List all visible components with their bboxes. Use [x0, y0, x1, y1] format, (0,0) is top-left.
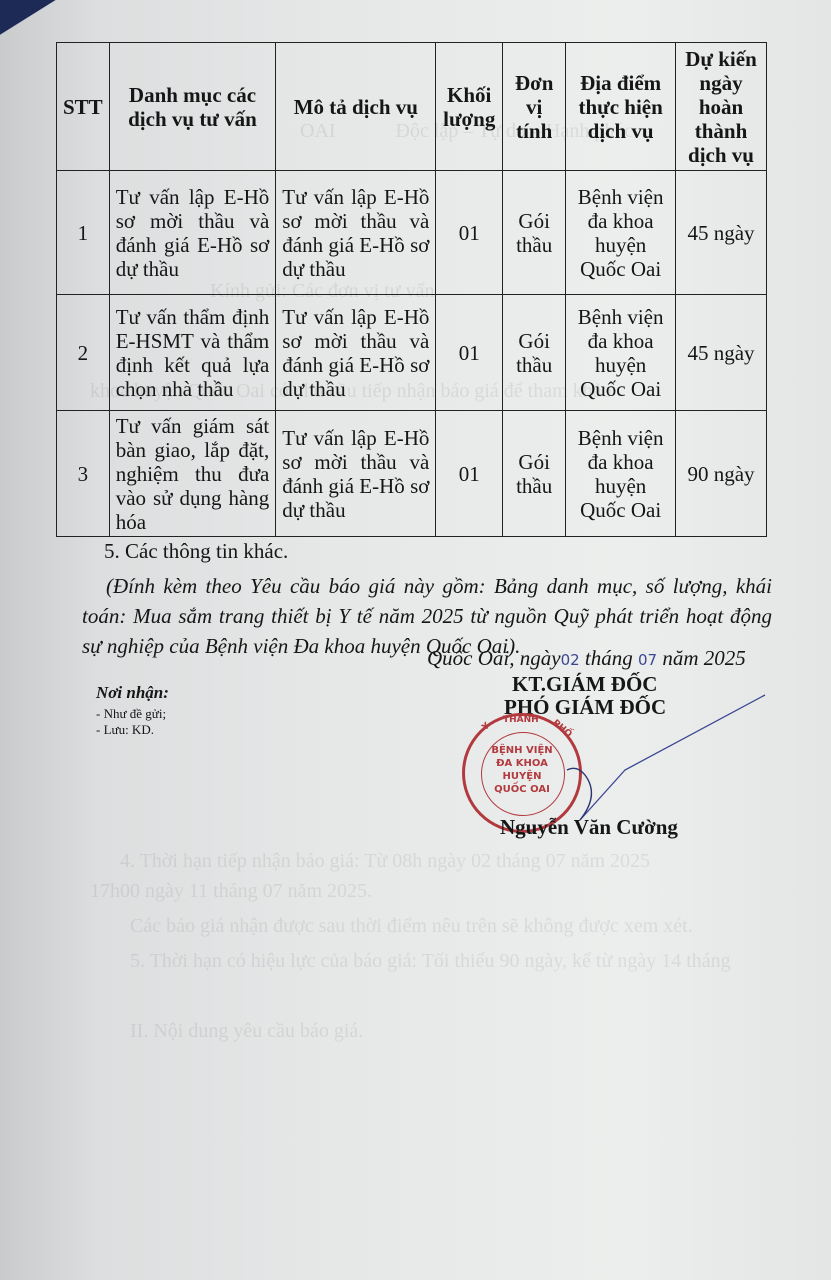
cell-quantity: 01: [436, 295, 503, 411]
cell-description: Tư vấn lập E-Hồ sơ mời thầu và đánh giá …: [276, 411, 436, 537]
table-row: 2 Tư vấn thẩm định E-HSMT và thẩm định k…: [57, 295, 767, 411]
handwritten-day: 02: [561, 651, 580, 669]
header-unit: Đơn vị tính: [503, 43, 566, 171]
cell-unit: Gói thầu: [503, 411, 566, 537]
header-completion-days: Dự kiến ngày hoàn thành dịch vụ: [676, 43, 767, 171]
service-table: STT Danh mục các dịch vụ tư vấn Mô tả dị…: [56, 42, 767, 537]
cell-completion-days: 45 ngày: [676, 171, 767, 295]
cell-quantity: 01: [436, 411, 503, 537]
recipient-item: - Lưu: KD.: [96, 722, 154, 738]
stamp-ring-text: THÀNH: [503, 715, 539, 725]
cell-description: Tư vấn lập E-Hồ sơ mời thầu và đánh giá …: [276, 171, 436, 295]
signer-name: Nguyễn Văn Cường: [500, 815, 678, 840]
date-year: năm 2025: [657, 646, 746, 670]
header-quantity: Khối lượng: [436, 43, 503, 171]
cell-service-name: Tư vấn thẩm định E-HSMT và thẩm định kết…: [109, 295, 276, 411]
handwritten-month: 07: [638, 651, 657, 669]
date-place: Quốc Oai, ngày: [427, 646, 561, 670]
cell-location: Bệnh viện đa khoa huyện Quốc Oai: [566, 411, 676, 537]
header-location: Địa điểm thực hiện dịch vụ: [566, 43, 676, 171]
stamp-ring-text: Y: [481, 721, 492, 733]
bleed-through-text: II. Nội dung yêu cầu báo giá.: [130, 1020, 363, 1043]
section-other-info: 5. Các thông tin khác.: [104, 539, 288, 564]
cell-service-name: Tư vấn giám sát bàn giao, lắp đặt, nghiệ…: [109, 411, 276, 537]
cell-stt: 1: [57, 171, 110, 295]
cell-unit: Gói thầu: [503, 171, 566, 295]
date-month-label: tháng: [580, 646, 638, 670]
table-row: 3 Tư vấn giám sát bàn giao, lắp đặt, ngh…: [57, 411, 767, 537]
cell-location: Bệnh viện đa khoa huyện Quốc Oai: [566, 295, 676, 411]
header-description: Mô tả dịch vụ: [276, 43, 436, 171]
cell-completion-days: 45 ngày: [676, 295, 767, 411]
cell-location: Bệnh viện đa khoa huyện Quốc Oai: [566, 171, 676, 295]
bleed-through-text: 4. Thời hạn tiếp nhận báo giá: Từ 08h ng…: [120, 850, 650, 873]
date-line: Quốc Oai, ngày02 tháng 07 năm 2025: [427, 646, 746, 671]
cell-stt: 2: [57, 295, 110, 411]
bleed-through-text: 5. Thời hạn có hiệu lực của báo giá: Tối…: [130, 950, 731, 973]
background-object: [0, 0, 78, 45]
bleed-through-text: 17h00 ngày 11 tháng 07 năm 2025.: [90, 880, 372, 903]
recipients-title: Nơi nhận:: [96, 683, 169, 703]
header-service-name: Danh mục các dịch vụ tư vấn: [109, 43, 276, 171]
table-header-row: STT Danh mục các dịch vụ tư vấn Mô tả dị…: [57, 43, 767, 171]
cell-description: Tư vấn lập E-Hồ sơ mời thầu và đánh giá …: [276, 295, 436, 411]
table-row: 1 Tư vấn lập E-Hồ sơ mời thầu và đánh gi…: [57, 171, 767, 295]
recipient-item: - Như đề gửi;: [96, 706, 166, 722]
cell-unit: Gói thầu: [503, 295, 566, 411]
cell-service-name: Tư vấn lập E-Hồ sơ mời thầu và đánh giá …: [109, 171, 276, 295]
cell-stt: 3: [57, 411, 110, 537]
bleed-through-text: Các báo giá nhận được sau thời điểm nêu …: [130, 915, 693, 938]
cell-completion-days: 90 ngày: [676, 411, 767, 537]
header-stt: STT: [57, 43, 110, 171]
cell-quantity: 01: [436, 171, 503, 295]
